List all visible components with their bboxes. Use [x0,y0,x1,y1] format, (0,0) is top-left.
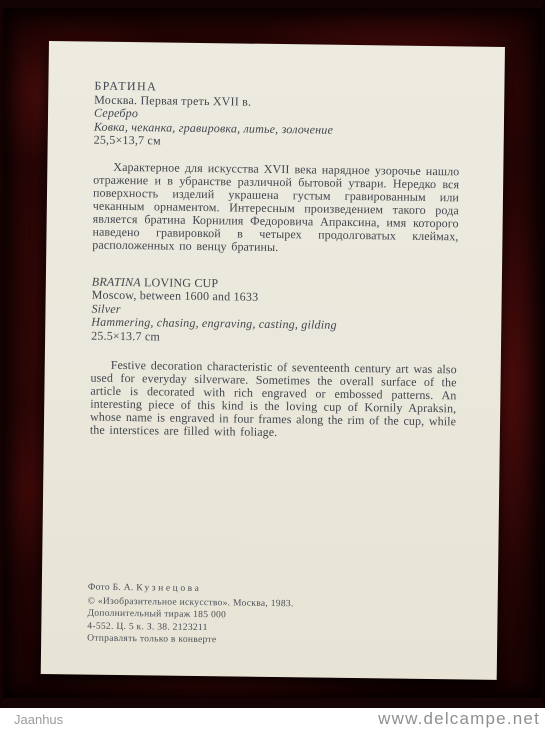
description-russian: Характерное для искусства XVII века наря… [92,160,459,256]
description-english: Festive decoration characteristic of sev… [90,359,457,442]
seller-watermark: Jaanhus [14,712,63,727]
watermark-strip: Jaanhus www.delcampe.net [0,708,545,730]
title-english-italic: BRATINA [92,274,141,289]
site-watermark: www.delcampe.net [378,709,540,729]
imprint-block: Фото Б. А. Кузнецова © «Изобразительное … [87,582,294,649]
mailing-note: Отправлять только в конверте [87,633,293,648]
photo-credit-prefix: Фото Б. А. [88,583,137,594]
scanned-listing-image: БРАТИНА Москва. Первая треть XVII в. Сер… [0,0,545,730]
photo-credit: Фото Б. А. Кузнецова [88,582,294,597]
postcard-content: БРАТИНА Москва. Первая треть XVII в. Сер… [41,41,505,680]
english-header-block: BRATINA LOVING CUP Moscow, between 1600 … [91,275,458,347]
photo-credit-name: Кузнецова [136,583,201,594]
leather-background: БРАТИНА Москва. Первая треть XVII в. Сер… [0,0,545,708]
postcard-back: БРАТИНА Москва. Первая треть XVII в. Сер… [41,41,505,680]
russian-header-block: БРАТИНА Москва. Первая треть XVII в. Сер… [94,80,461,152]
